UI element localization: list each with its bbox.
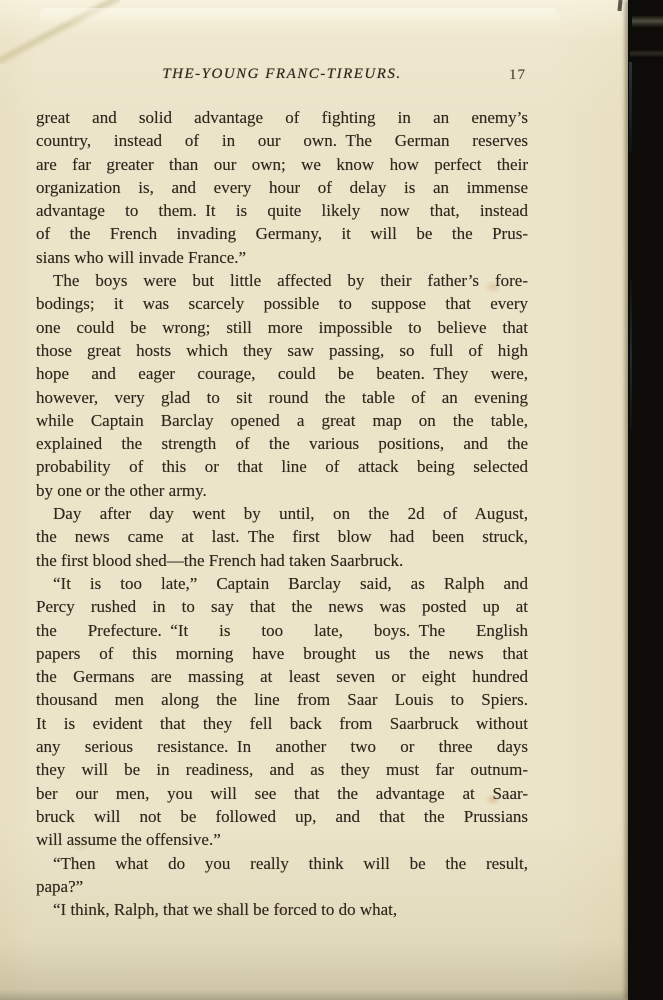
text-line: Percy rushed in to say that the news was… <box>36 595 528 618</box>
paper-streak <box>40 8 560 26</box>
text-line: papa?” <box>36 875 528 898</box>
paragraph: “It is too late,” Captain Barclay said, … <box>36 572 528 852</box>
text-line: any serious resistance. In another two o… <box>36 735 528 758</box>
text-line: the Germans are massing at least seven o… <box>36 665 528 688</box>
paragraph: The boys were but little affected by the… <box>36 269 528 502</box>
paragraph: great and solid advantage of fighting in… <box>36 106 528 269</box>
page-edge-glint <box>630 280 632 430</box>
text-line: the first blood shed—the French had take… <box>36 549 528 572</box>
text-line: they will be in readiness, and as they m… <box>36 758 528 781</box>
scanned-page: THE-YOUNG FRANC-TIREURS. 17 great and so… <box>0 0 663 1000</box>
text-line: while Captain Barclay opened a great map… <box>36 409 528 432</box>
text-line: bodings; it was scarcely possible to sup… <box>36 292 528 315</box>
text-line: “It is too late,” Captain Barclay said, … <box>36 572 528 595</box>
running-head: THE-YOUNG FRANC-TIREURS. 17 <box>36 66 528 88</box>
text-line: sians who will invade France.” <box>36 246 528 269</box>
text-line: ber our men, you will see that the advan… <box>36 782 528 805</box>
ink-mark <box>617 0 622 11</box>
text-line: however, very glad to sit round the tabl… <box>36 386 528 409</box>
paper-crease <box>0 0 120 64</box>
paragraph: “Then what do you really think will be t… <box>36 852 528 899</box>
text-line: will assume the offensive.” <box>36 828 528 851</box>
text-line: country, instead of in our own. The Germ… <box>36 129 528 152</box>
text-line: probability of this or that line of atta… <box>36 455 528 478</box>
page-number: 17 <box>509 67 526 84</box>
text-line: Day after day went by until, on the 2d o… <box>36 502 528 525</box>
text-line: “I think, Ralph, that we shall be forced… <box>36 898 528 921</box>
text-line: advantage to them. It is quite likely no… <box>36 199 528 222</box>
text-line: of the French invading Germany, it will … <box>36 222 528 245</box>
text-line: by one or the other army. <box>36 479 528 502</box>
text-line: thousand men along the line from Saar Lo… <box>36 688 528 711</box>
text-line: organization is, and every hour of delay… <box>36 176 528 199</box>
text-line: are far greater than our own; we know ho… <box>36 153 528 176</box>
text-line: the news came at last. The first blow ha… <box>36 525 528 548</box>
text-line: one could be wrong; still more impossibl… <box>36 316 528 339</box>
page-edge-highlight <box>630 50 663 57</box>
text-line: bruck will not be followed up, and that … <box>36 805 528 828</box>
text-line: great and solid advantage of fighting in… <box>36 106 528 129</box>
text-line: It is evident that they fell back from S… <box>36 712 528 735</box>
text-line: the Prefecture. “It is too late, boys. T… <box>36 619 528 642</box>
page-edge-glint <box>629 62 632 152</box>
page-text: great and solid advantage of fighting in… <box>36 106 528 921</box>
text-line: The boys were but little affected by the… <box>36 269 528 292</box>
paragraph: Day after day went by until, on the 2d o… <box>36 502 528 572</box>
paragraph: “I think, Ralph, that we shall be forced… <box>36 898 528 921</box>
text-line: those great hosts which they saw passing… <box>36 339 528 362</box>
page-edge-highlight <box>632 16 663 27</box>
text-line: papers of this morning have brought us t… <box>36 642 528 665</box>
text-line: explained the strength of the various po… <box>36 432 528 455</box>
text-line: “Then what do you really think will be t… <box>36 852 528 875</box>
running-head-title: THE-YOUNG FRANC-TIREURS. <box>36 66 528 83</box>
book-edge <box>628 0 663 1000</box>
text-line: hope and eager courage, could be beaten.… <box>36 362 528 385</box>
